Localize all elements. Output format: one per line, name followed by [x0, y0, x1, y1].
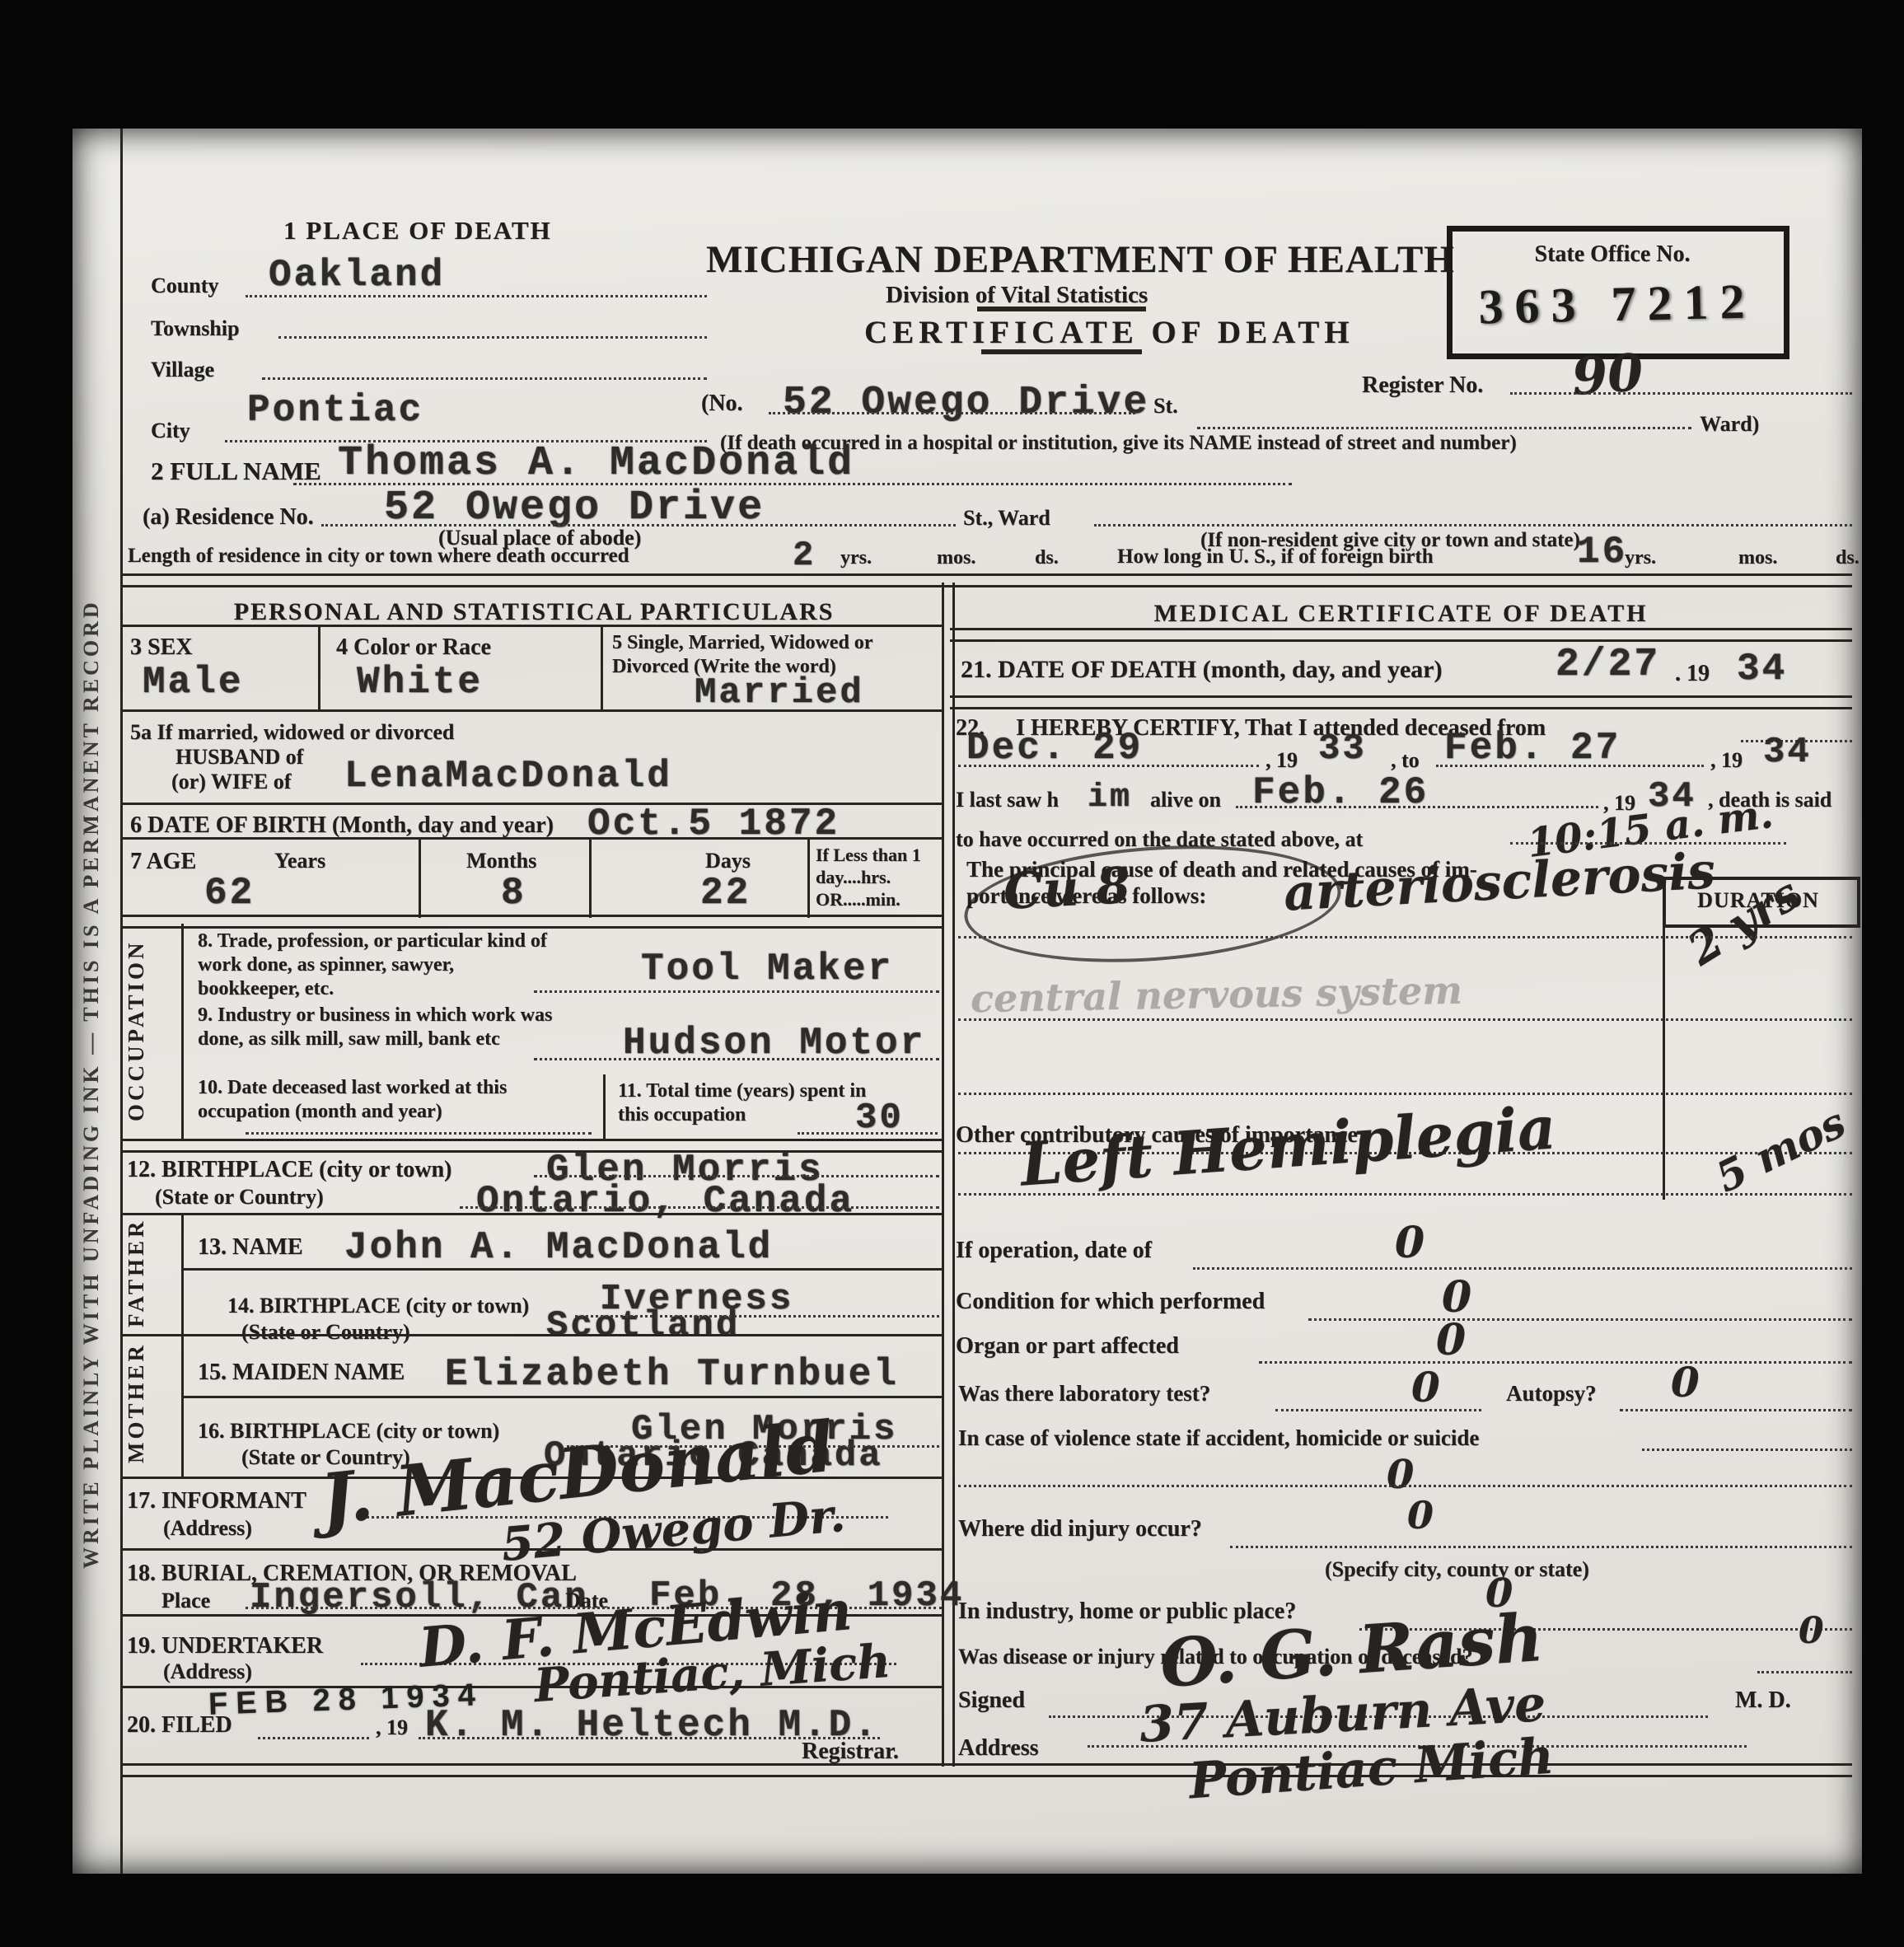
race-marital-divider [601, 627, 603, 709]
condition-line [1308, 1318, 1852, 1321]
filed-line-1 [258, 1737, 369, 1739]
undertaker-label: 19. UNDERTAKER [127, 1633, 323, 1659]
violence-value: 0 [1387, 1452, 1414, 1498]
full-name-value: Thomas A. MacDonald [338, 440, 854, 487]
father-birthplace-label: 14. BIRTHPLACE (city or town) [227, 1294, 529, 1318]
cause-line-3 [958, 1093, 1852, 1095]
last-worked-label: 10. Date deceased last worked at this oc… [198, 1076, 585, 1124]
father-inner-line [181, 1215, 184, 1334]
spouse-label-2: HUSBAND of [175, 745, 303, 770]
sex-row-rule [122, 709, 944, 712]
sex-value: Male [143, 661, 243, 704]
village-line [262, 377, 707, 380]
specify-note: (Specify city, county or state) [1325, 1557, 1589, 1582]
trade-line [534, 990, 939, 993]
county-line [246, 295, 707, 297]
department-title: MICHIGAN DEPARTMENT OF HEALTH [706, 237, 1455, 282]
father-name-rule [184, 1268, 944, 1271]
birthplace-sub-label: (State or Country) [155, 1185, 324, 1210]
division-title: Division of Vital Statistics [886, 282, 1148, 309]
father-side-label: FATHER [124, 1224, 149, 1327]
attended-to-19: , 19 [1710, 748, 1743, 773]
us-mos-label: mos. [1738, 547, 1777, 570]
industry-label: 9. Industry or business in which work wa… [198, 1004, 557, 1051]
attended-from-19: , 19 [1265, 748, 1298, 773]
age-years-value: 62 [204, 872, 255, 915]
cause-faint-pencil-line: central nervous system [971, 968, 1463, 1021]
attended-from-value: Dec. 29 [966, 727, 1143, 770]
occupation-side-label: OCCUPATION [124, 940, 149, 1121]
margin-divider-line [120, 129, 123, 1874]
organ-label: Organ or part affected [956, 1333, 1179, 1360]
filed-19-label: , 19 [376, 1715, 408, 1740]
age-divider-2 [589, 840, 592, 918]
undertaker-sub-label: (Address) [163, 1659, 252, 1684]
spouse-label-1: 5a If married, widowed or divorced [130, 720, 454, 745]
street-st-label: St. [1153, 394, 1178, 419]
cause-of-death-value: arteriosclerosis [1283, 842, 1717, 922]
trade-label: 8. Trade, profession, or particular kind… [198, 929, 557, 1001]
us-length-label: How long in U. S., if of foreign birth [1117, 545, 1434, 569]
ward-line [1197, 427, 1691, 429]
county-value: Oakland [269, 254, 445, 297]
informant-sub-label: (Address) [163, 1516, 252, 1541]
age-divider-1 [419, 840, 421, 918]
sex-race-divider [318, 627, 320, 709]
street-value: 52 Owego Drive [783, 381, 1149, 425]
occupation-inner-line [181, 924, 184, 1140]
marital-value: Married [695, 672, 864, 714]
header-bottom-rule [122, 573, 1852, 587]
spouse-value: LenaMacDonald [344, 755, 672, 798]
spouse-label-3: (or) WIFE of [171, 770, 291, 794]
personal-section-rule [122, 625, 944, 627]
operation-line [1193, 1267, 1852, 1270]
place-of-death-title: 1 PLACE OF DEATH [283, 216, 552, 246]
length-mos-label: mos. [937, 547, 975, 570]
signed-label: Signed [958, 1687, 1025, 1714]
attended-from-line [958, 765, 1259, 767]
age-months-value: 8 [501, 872, 526, 915]
scanned-death-certificate: { "margin": { "note": "WRITE PLAINLY WIT… [0, 0, 1904, 1947]
county-label: County [151, 274, 218, 298]
attended-from-yy: 33 [1318, 728, 1367, 770]
certificate-underline [981, 349, 1142, 354]
city-label: City [151, 419, 190, 443]
injury-where-label: Where did injury occur? [958, 1516, 1202, 1542]
township-line [278, 336, 707, 339]
age-years-label: Years [274, 849, 325, 873]
dob-label: 6 DATE OF BIRTH (Month, day and year) [130, 812, 554, 839]
register-value: 90 [1570, 342, 1645, 407]
bottom-rule [122, 1763, 1852, 1777]
condition-label: Condition for which performed [956, 1289, 1265, 1315]
lab-test-value: 0 [1411, 1363, 1440, 1411]
full-name-label: 2 FULL NAME [151, 456, 321, 486]
age-row-rule [122, 915, 944, 929]
us-length-value: 16 [1577, 531, 1627, 573]
city-value: Pontiac [247, 389, 423, 432]
race-label: 4 Color or Race [336, 634, 491, 661]
attended-to-label: , to [1391, 748, 1420, 773]
age-less-note: If Less than 1 day....hrs. OR.....min. [816, 844, 946, 910]
personal-section-title: PERSONAL AND STATISTICAL PARTICULARS [122, 598, 946, 627]
date-of-death-label: 21. DATE OF DEATH (month, day, and year) [961, 656, 1443, 685]
state-office-label: State Office No. [1453, 241, 1772, 268]
birthplace-state-value: Ontario, Canada [476, 1180, 854, 1223]
date-of-death-rule [950, 695, 1852, 709]
length-of-residence-label: Length of residence in city or town wher… [128, 545, 629, 569]
race-value: White [357, 661, 483, 704]
length-yrs-label: yrs. [840, 547, 872, 570]
autopsy-label: Autopsy? [1506, 1381, 1597, 1406]
disease-occupation-value: 0 [1799, 1610, 1824, 1652]
birthplace-line-2 [460, 1206, 939, 1209]
violence-label: In case of violence state if accident, h… [958, 1425, 1479, 1451]
street-no-label: (No. [701, 391, 743, 417]
age-label: 7 AGE [130, 849, 196, 875]
father-rule [122, 1334, 944, 1336]
certificate-title: CERTIFICATE OF DEATH [864, 315, 1354, 352]
operation-label: If operation, date of [956, 1238, 1152, 1264]
register-label: Register No. [1362, 372, 1483, 399]
birthplace-rule [122, 1213, 944, 1215]
township-label: Township [151, 316, 239, 341]
md-label: M. D. [1735, 1687, 1791, 1714]
medical-section-rule [950, 628, 1852, 642]
lastsaw-him: im [1088, 779, 1132, 817]
attended-to-line [1436, 765, 1704, 767]
length-value: 2 [793, 536, 816, 575]
address-label: Address [958, 1735, 1039, 1762]
division-underline [977, 307, 1146, 311]
length-ds-label: ds. [1035, 547, 1059, 570]
contributory-duration-value: 5 mos [1708, 1098, 1853, 1201]
total-time-line [798, 1132, 938, 1135]
operation-value: 0 [1395, 1218, 1424, 1268]
organ-line [1259, 1361, 1852, 1364]
violence-line-2 [958, 1485, 1852, 1487]
birthplace-line-1 [534, 1175, 939, 1177]
age-months-label: Months [466, 849, 536, 873]
injury-where-value: 0 [1407, 1493, 1434, 1537]
us-yrs-label: yrs. [1625, 547, 1656, 570]
age-days-label: Days [705, 849, 751, 873]
date-of-death-19: . 19 [1675, 661, 1710, 687]
dob-row-rule [122, 837, 944, 840]
father-birth-state: Scotland [546, 1305, 740, 1346]
attended-to-value: Feb. 27 [1444, 727, 1621, 770]
residence-st-ward-label: St., Ward [963, 506, 1050, 531]
us-ds-label: ds. [1836, 547, 1860, 570]
mother-maiden-label: 15. MAIDEN NAME [198, 1360, 405, 1386]
mother-inner-line [181, 1336, 184, 1477]
father-name-value: John A. MacDonald [344, 1226, 773, 1269]
autopsy-value: 0 [1671, 1358, 1700, 1406]
violence-line-1 [1642, 1449, 1852, 1451]
autopsy-line [1620, 1409, 1852, 1411]
industry-line [534, 1058, 939, 1060]
attended-to-yy: 34 [1763, 732, 1812, 773]
lastsaw-label-2: alive on [1150, 788, 1221, 812]
last-worked-line [246, 1132, 592, 1135]
cause-line-2 [958, 1018, 1852, 1021]
father-name-label: 13. NAME [198, 1234, 303, 1261]
certificate-paper: WRITE PLAINLY WITH UNFADING INK — THIS I… [73, 129, 1862, 1874]
residence-label: (a) Residence No. [143, 504, 314, 531]
mother-maiden-rule [184, 1396, 944, 1398]
state-office-box: State Office No. 363 7212 [1447, 226, 1789, 359]
burial-place-label: Place [161, 1589, 210, 1613]
street-line [769, 412, 1135, 414]
father-birthplace-sub: (State or Country) [241, 1320, 410, 1345]
age-divider-3 [807, 840, 810, 918]
injury-where-line [1230, 1546, 1852, 1548]
informant-label: 17. INFORMANT [127, 1488, 306, 1514]
lastsaw-label-1: I last saw h [956, 788, 1059, 812]
mother-maiden-value: Elizabeth Turnbuel [445, 1353, 899, 1396]
margin-vertical-note: WRITE PLAINLY WITH UNFADING INK — THIS I… [79, 302, 117, 1867]
contributory-value: Left Hemiplegia [1018, 1092, 1558, 1199]
lab-test-line [1275, 1409, 1481, 1411]
occurred-line [1510, 842, 1786, 845]
cause-line-1 [958, 936, 1852, 938]
cause-code-value: Cu 8 [1002, 857, 1131, 921]
birthplace-label: 12. BIRTHPLACE (city or town) [127, 1157, 451, 1183]
medical-section-title: MEDICAL CERTIFICATE OF DEATH [950, 600, 1852, 629]
age-days-value: 22 [700, 872, 751, 915]
date-of-death-value: 2/27 [1555, 643, 1660, 687]
father-birth-line [575, 1315, 939, 1318]
date-of-death-yy: 34 [1737, 648, 1787, 690]
trade-value: Tool Maker [641, 948, 893, 990]
register-line [1510, 392, 1852, 395]
state-office-number: 363 7212 [1468, 273, 1766, 336]
mother-birthplace-label: 16. BIRTHPLACE (city or town) [198, 1419, 499, 1444]
lastsaw-line [1236, 806, 1598, 808]
ward-label: Ward) [1700, 412, 1759, 437]
lab-test-label: Was there laboratory test? [958, 1381, 1210, 1406]
duration-column-line [1663, 921, 1665, 1200]
registrar-title: Registrar. [802, 1739, 899, 1765]
organ-value: 0 [1436, 1315, 1466, 1365]
disease-occupation-line [1757, 1671, 1852, 1673]
village-label: Village [151, 358, 214, 382]
mother-side-label: MOTHER [124, 1348, 149, 1463]
sex-label: 3 SEX [130, 634, 192, 661]
occupation-divider [603, 1074, 606, 1140]
filed-label: 20. FILED [127, 1712, 232, 1739]
residence-line-2 [1094, 524, 1852, 527]
